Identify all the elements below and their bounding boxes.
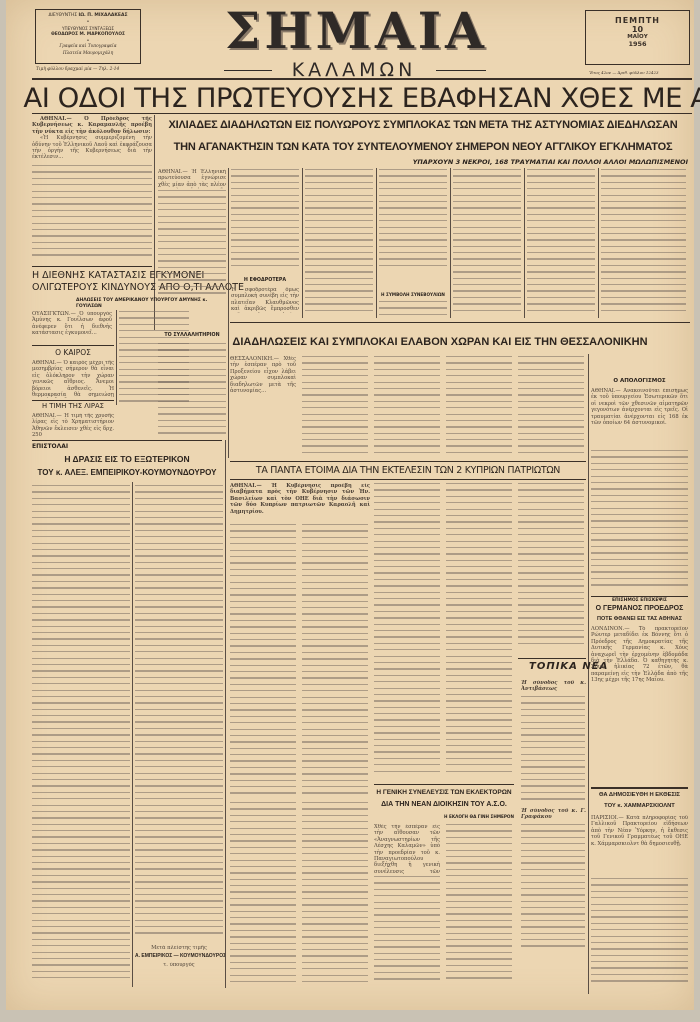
- aso-title-2: ΔΙΑ ΤΗΝ ΝΕΑΝ ΔΙΟΙΚΗΣΙΝ ΤΟΥ Α.Σ.Ο.: [374, 801, 514, 808]
- cypriot-col2: [302, 524, 368, 799]
- cypriot-col2-b: [302, 802, 368, 988]
- cypriot-headline: ΤΑ ΠΑΝΤΑ ΕΤΟΙΜΑ ΔΙΑ ΤΗΝ ΕΚΤΕΛΕΣΙΝ ΤΩΝ 2 …: [230, 465, 586, 476]
- weather-title: Ο ΚΑΙΡΟΣ: [32, 348, 114, 357]
- death-toll-body: [591, 450, 688, 590]
- aso-col2: [446, 824, 512, 984]
- masthead-rule: [32, 78, 692, 80]
- aso-title-1: Η ΓΕΝΙΚΗ ΣΥΝΕΛΕΥΣΙΣ ΤΩΝ ΕΚΛΕΚΤΟΡΩΝ: [374, 789, 514, 796]
- letters-label: ΕΠΙΣΤΟΛΑΙ: [32, 443, 68, 450]
- left-lead-text-2: «Ἡ Κυβέρνησις συμμεριζομένη τὴν ὀδύνην τ…: [32, 135, 152, 161]
- left-divider-1: [32, 266, 152, 267]
- main-headline: ΑΙ ΟΔΟΙ ΤΗΣ ΠΡΩΤΕΥΟΥΣΗΣ ΕΒΑΦΗΣΑΝ ΧΘΕΣ ΜΕ…: [23, 84, 696, 114]
- letters-title-2: ΤΟΥ κ. ΑΛΕΞ. ΕΜΠΕΙΡΙΚΟΥ-ΚΟΥΜΟΥΝΔΟΥΡΟΥ: [32, 468, 222, 477]
- german-label: ΕΠΙΣΗΜΟΣ ΕΠΙΣΚΕΨΙΣ: [591, 598, 688, 603]
- local-news-body: [521, 696, 585, 806]
- german-title-1: Ο ΓΕΡΜΑΝΟΣ ΠΡΟΕΔΡΟΣ: [591, 605, 688, 612]
- cypriot-top-rule: [230, 461, 586, 462]
- center-rule-4: [450, 168, 451, 318]
- date-year: 1956: [586, 40, 689, 48]
- newspaper-title: ΣΗΜΑΙΑ: [225, 4, 485, 58]
- german-title-2: ΠΟΤΕ ΦΘΑΝΕΙ ΕΙΣ ΤΑΣ ΑΘΗΝΑΣ: [591, 616, 688, 622]
- director-name: ΙΩ. Π. ΜΙΧΑΛΑΚΕΑΣ: [79, 13, 128, 18]
- thessaloniki-headline: ΔΙΑΔΗΛΩΣΕΙΣ ΚΑΙ ΣΥΜΠΛΟΚΑΙ ΕΛΑΒΟΝ ΧΩΡΑΝ Κ…: [230, 336, 650, 348]
- intl-text: ΟΥΑΣΙΓΚΤΩΝ.— Ὁ ὑπουργὸς Ἀμύνης κ. Γουΐλσ…: [32, 311, 112, 344]
- left-lead-body: [32, 165, 152, 265]
- center-rule-1: [228, 168, 229, 458]
- letters-body-col1: [32, 485, 130, 985]
- report-text: ΠΑΡΙΣΙΟΙ.— Κατὰ πληροφορίας τοῦ Γαλλικοῦ…: [591, 815, 688, 875]
- center-col4-b: [379, 301, 447, 318]
- fiercest-section-text: Ἡ σφοδροτέρα ὅμως συμπλοκὴ συνέβη εἰς τὴ…: [231, 287, 299, 313]
- weather-text: ΑΘΗΝΑΙ.— Ὁ καιρὸς μέχρι τῆς μεσημβρίας σ…: [32, 360, 114, 398]
- lira-rule: [32, 400, 114, 401]
- cypriot-col5: [518, 483, 584, 653]
- stadium-section-title: ΤΟ ΣΥΛΛΑΛΗΤΗΡΙΟΝ: [158, 333, 226, 338]
- report-body: [591, 878, 688, 988]
- center-rule-6: [598, 168, 599, 318]
- thessaloniki-col2: [302, 356, 368, 456]
- report-top-rule: [591, 787, 688, 789]
- letters-col-rule: [132, 482, 133, 987]
- cypriot-col4: [446, 483, 512, 778]
- local-news-rule: [518, 658, 586, 659]
- letters-title-1: Η ΔΡΑΣΙΣ ΕΙΣ ΤΟ ΕΞΩΤΕΡΙΚΟΝ: [32, 454, 222, 464]
- german-top-rule: [591, 596, 688, 597]
- center-col1-b: [158, 343, 226, 443]
- letters-body-col2: [135, 485, 223, 940]
- director-label: ΔΙΕΥΘΥΝΤΗΣ: [48, 13, 77, 18]
- letters-right-rule: [225, 440, 226, 988]
- aso-text: Χθὲς τὴν ἑσπέραν εἰς τὴν αἴθουσαν τῶν «Ἀ…: [374, 824, 440, 874]
- date-weekday: ΠΕΜΠΤΗ: [586, 16, 689, 25]
- center-col7: [601, 169, 686, 317]
- death-toll-text: ΑΘΗΝΑΙ.— Ἀνακοινοῦται ἐπισήμως ἐκ τοῦ ὑπ…: [591, 388, 688, 448]
- report-title-1: ΘΑ ΔΗΜΟΣΙΕΥΘΗ Η ΕΚΘΕΣΙΣ: [591, 792, 688, 798]
- cypriot-bottom-rule: [230, 479, 586, 480]
- death-toll-title: Ο ΑΠΟΛΟΓΙΣΜΟΣ: [591, 378, 688, 384]
- thessaloniki-col5: [518, 356, 584, 456]
- thessaloniki-lead: ΘΕΣΣΑΛΟΝΙΚΗ.— Χθὲς τὴν ἑσπέραν πρὸ τοῦ Π…: [230, 356, 296, 456]
- cypriot-col1-b: [230, 802, 296, 988]
- center-col1: [158, 190, 226, 300]
- staff-box: ΔΙΕΥΘΥΝΤΗΣ ΙΩ. Π. ΜΙΧΑΛΑΚΕΑΣ • ΥΠΕΥΘΥΝΟΣ…: [35, 9, 141, 64]
- sub-headline-1: ΧΙΛΙΑΔΕΣ ΔΙΑΔΗΛΩΤΩΝ ΕΙΣ ΠΟΛΥΩΡΟΥΣ ΣΥΜΠΛΟ…: [158, 119, 688, 131]
- local-news-item-2: Ἡ σύνοδος τοῦ κ. Γ. Γραφάκου: [521, 808, 586, 821]
- issue-line: Ἔτος 42ον — Ἀριθ. φύλλου 12423: [589, 70, 659, 76]
- thessaloniki-col3: [374, 356, 440, 456]
- weather-rule: [32, 345, 114, 346]
- cypriot-col1: [230, 524, 296, 799]
- price-line: Τιμὴ φύλλου δραχμαὶ μία — Τηλ. 2-14: [36, 67, 119, 73]
- letters-signature: Μετὰ πλείστης τιμῆς: [135, 945, 223, 952]
- left-lead-text: ΑΘΗΝΑΙ.— Ὁ Πρόεδρος τῆς Κυβερνήσεως κ. Κ…: [32, 116, 152, 135]
- casualty-kicker: ΥΠΑΡΧΟΥΝ 3 ΝΕΚΡΟΙ, 168 ΤΡΑΥΜΑΤΙΑΙ ΚΑΙ ΠΟ…: [236, 158, 688, 166]
- center-col5: [453, 169, 521, 317]
- cypriot-lead: ΑΘΗΝΑΙ.— Ἡ Κυβέρνησις προέβη εἰς διαβήμα…: [230, 483, 370, 521]
- lira-text: ΑΘΗΝΑΙ.— Ἡ τιμὴ τῆς χρυσῆς λίρας εἰς τὸ …: [32, 413, 114, 439]
- aso-col1: [374, 876, 440, 986]
- intl-col-rule: [116, 310, 117, 405]
- aso-top-rule: [374, 784, 514, 785]
- date-box: ΠΕΜΠΤΗ 10 ΜΑΪΟΥ 1956: [585, 10, 690, 65]
- local-news-item-1: Ἡ σύνοδος τοῦ κ. Ἀντιβάσεως: [521, 680, 586, 693]
- subtitle-rule-right: [436, 70, 486, 71]
- letters-signer-title: τ. ὑπουργὸς: [135, 962, 223, 969]
- report-title-2: ΤΟΥ κ. ΧΑΜΜΑΡΣΚΙΟΛΝΤ: [591, 803, 688, 809]
- right-column-rule: [588, 354, 589, 994]
- fiercest-section-title: Η ΕΦΟΔΡΟΤΕΡΑ: [231, 278, 299, 283]
- sub-headline-2: ΤΗΝ ΑΓΑΝΑΚΤΗΣΙΝ ΤΩΝ ΚΑΤΑ ΤΟΥ ΣΥΝΤΕΛΟΥΜΕΝ…: [158, 141, 688, 153]
- subtitle-rule-left: [224, 70, 272, 71]
- center-col6: [527, 169, 595, 317]
- clash-section-title: Η ΣΥΜΒΟΛΗ ΣΥΝΕΒΟΥΛΙΩΝ: [379, 292, 447, 297]
- center-rule-3: [376, 168, 377, 318]
- newspaper-page: ΔΙΕΥΘΥΝΤΗΣ ΙΩ. Π. ΜΙΧΑΛΑΚΕΑΣ • ΥΠΕΥΘΥΝΟΣ…: [6, 0, 694, 1010]
- local-news-body-2: [521, 824, 585, 954]
- aso-kicker: Η ΕΚΛΟΓΗ ΘΑ ΓΙΝΗ ΣΗΜΕΡΟΝ: [374, 814, 514, 819]
- headline-rule: [32, 113, 692, 114]
- center-lead: ΑΘΗΝΑΙ.— Ἡ Ἑλληνικὴ πρωτεύουσα ἐγνώρισε …: [158, 169, 226, 189]
- center-col4: [379, 169, 447, 269]
- lira-title: Η ΤΙΜΗ ΤΗΣ ΛΙΡΑΣ: [32, 402, 114, 410]
- letters-signer: Α. ΕΜΠΕΙΡΙΚΟΣ — ΚΟΥΜΟΥΝΔΟΥΡΟΣ: [135, 953, 223, 959]
- center-col3: [305, 169, 373, 317]
- center-col2: [231, 169, 299, 269]
- cypriot-col3: [374, 483, 440, 778]
- thessaloniki-top-rule: [230, 322, 690, 323]
- date-day: 10: [586, 25, 689, 34]
- german-text: ΛΟΝΔΙΝΟΝ.— Τὸ πρακτορεῖον Ρώυτερ μεταδίδ…: [591, 626, 688, 776]
- address-line2: Πλατεῖα Μαυρομιχάλη: [36, 51, 140, 57]
- center-rule-2: [302, 168, 303, 318]
- thessaloniki-col4: [446, 356, 512, 456]
- center-rule-5: [524, 168, 525, 318]
